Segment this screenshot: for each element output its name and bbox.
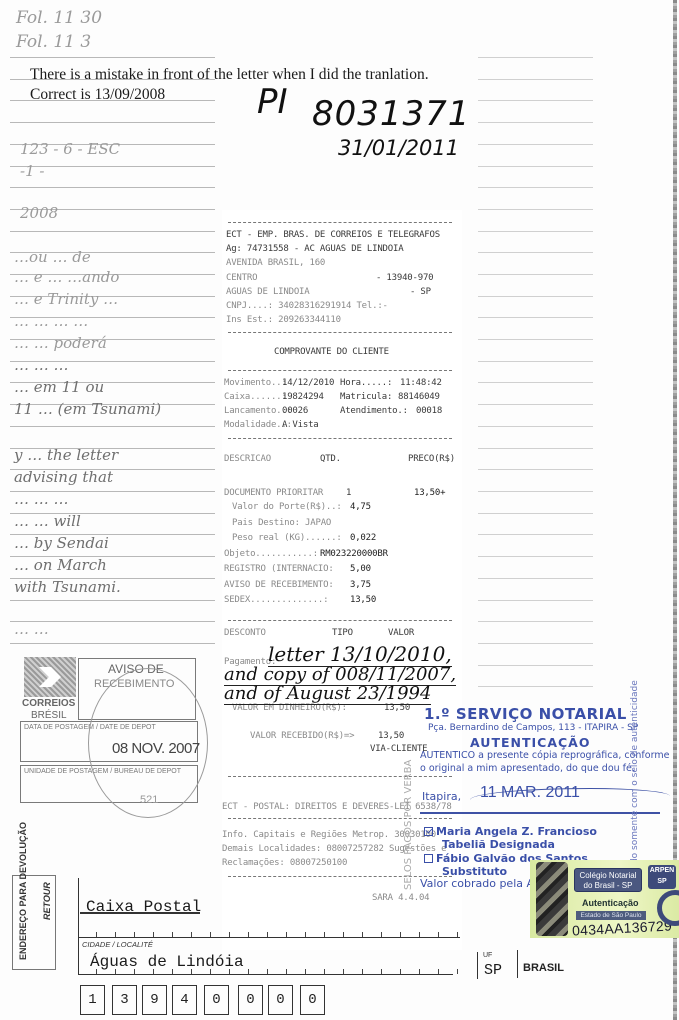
process-date: 31/01/2011 bbox=[338, 136, 459, 160]
ruled-line bbox=[10, 231, 215, 232]
ruler-tick bbox=[324, 969, 325, 974]
ruled-line bbox=[478, 448, 593, 449]
ruled-line bbox=[478, 122, 593, 123]
city-top-line bbox=[78, 937, 460, 938]
ruled-line bbox=[478, 209, 593, 210]
receipt-header-2: Ag: 74731558 - AC AGUAS DE LINDOIA bbox=[226, 244, 403, 254]
ruler-tick bbox=[134, 969, 135, 974]
matricula-value: 88146049 bbox=[398, 392, 440, 402]
uf-divider bbox=[517, 950, 518, 978]
recebido-value: 13,50 bbox=[378, 731, 404, 741]
handwriting-line: 11 … (em Tsunami) bbox=[14, 400, 161, 418]
matricula-label: Matricula: bbox=[340, 392, 392, 402]
ruler-tick bbox=[96, 969, 97, 974]
ruled-line bbox=[478, 231, 593, 232]
ruled-line bbox=[478, 643, 593, 644]
ruled-line bbox=[10, 57, 215, 58]
receipt-title: COMPROVANTE DO CLIENTE bbox=[274, 347, 389, 357]
ruler-tick bbox=[172, 969, 173, 974]
receipt-header-5: AGUAS DE LINDOIA bbox=[226, 287, 310, 297]
ruler-tick bbox=[362, 932, 363, 937]
footer-1: ECT - POSTAL: DIREITOS E DEVERES-LEI 653… bbox=[222, 802, 452, 812]
scanned-document: Fol. 11 30 Fol. 11 3 There is a mistake … bbox=[0, 0, 679, 1020]
handwriting-line: -1 - bbox=[20, 162, 44, 180]
ruler-tick bbox=[419, 969, 420, 974]
handwriting-line: … … … bbox=[14, 356, 69, 374]
handwriting-line: …ou … de bbox=[14, 248, 91, 266]
ruled-line bbox=[10, 600, 215, 601]
ruled-line bbox=[478, 665, 593, 666]
postmark-circle bbox=[88, 668, 208, 818]
cep-digit-box: 0 bbox=[300, 985, 325, 1015]
movimento-value: 14/12/2010 bbox=[282, 378, 334, 388]
notary-signature bbox=[470, 788, 670, 808]
ruler-tick bbox=[191, 932, 192, 937]
address-left-border bbox=[78, 878, 79, 974]
ruler-tick bbox=[438, 969, 439, 974]
ruled-line bbox=[478, 252, 593, 253]
ruled-line bbox=[10, 122, 215, 123]
ruler-tick bbox=[229, 932, 230, 937]
ruler-tick bbox=[248, 969, 249, 974]
signer2-checkbox[interactable] bbox=[424, 854, 433, 863]
col-qty: QTD. bbox=[320, 454, 341, 464]
receipt-header-3: AVENIDA BRASIL, 160 bbox=[226, 258, 325, 268]
ruler-tick bbox=[419, 932, 420, 937]
ruler-tick bbox=[457, 969, 458, 974]
ruler-tick bbox=[267, 932, 268, 937]
ruler-tick bbox=[343, 932, 344, 937]
ruler-tick bbox=[153, 932, 154, 937]
handwriting-line: with Tsunami. bbox=[14, 578, 121, 596]
cep-digit-box: 0 bbox=[238, 985, 263, 1015]
col-price: PRECO(R$) bbox=[408, 454, 455, 464]
ruled-line bbox=[478, 187, 593, 188]
ruled-line bbox=[478, 491, 593, 492]
ruler-tick bbox=[438, 932, 439, 937]
street-line bbox=[80, 912, 200, 914]
return-label: ENDEREÇO PARA DEVOLUÇÃO bbox=[18, 822, 28, 960]
handwriting-line: advising that bbox=[14, 468, 113, 486]
ruled-line bbox=[478, 100, 593, 101]
ruler-tick bbox=[229, 969, 230, 974]
city-bottom-line bbox=[78, 974, 453, 975]
cep-digit-box: 4 bbox=[172, 985, 197, 1015]
uf-label: UF bbox=[483, 952, 492, 959]
correios-country: BRÉSIL bbox=[31, 710, 67, 721]
item-qty: 1 bbox=[346, 488, 351, 498]
handwriting-line: 123 - 6 - ESC bbox=[20, 140, 120, 158]
modalidade-value: A Vista bbox=[282, 420, 319, 430]
handwriting-top-1: Fol. 11 30 bbox=[16, 8, 102, 28]
detail-value: 5,00 bbox=[350, 564, 371, 574]
process-prefix: PI bbox=[257, 82, 288, 122]
ruler-tick bbox=[343, 969, 344, 974]
ruler-tick bbox=[457, 932, 458, 937]
receipt-header-7: Ins Est.: 209263344110 bbox=[226, 315, 341, 325]
receipt-cep: - 13940-970 bbox=[376, 273, 433, 283]
ruled-line bbox=[478, 426, 593, 427]
detail-label: Objeto...........: bbox=[224, 549, 318, 559]
col-valor: VALOR bbox=[388, 628, 414, 638]
detail-label: Valor do Porte(R$)..: bbox=[232, 502, 342, 512]
ruled-line bbox=[478, 556, 593, 557]
notary-heading: AUTENTICAÇÃO bbox=[470, 735, 590, 750]
detail-value: 13,50 bbox=[350, 595, 376, 605]
ruler-tick bbox=[381, 969, 382, 974]
ruler-tick bbox=[286, 969, 287, 974]
item-name: DOCUMENTO PRIORITAR bbox=[224, 488, 323, 498]
handwriting-line: … e Trinity … bbox=[14, 290, 118, 308]
ruler-tick bbox=[362, 969, 363, 974]
detail-label: SEDEX..............: bbox=[224, 595, 328, 605]
ruled-line bbox=[478, 144, 593, 145]
cep-digit-box: 0 bbox=[268, 985, 293, 1015]
ruled-line bbox=[478, 382, 593, 383]
ruler-tick bbox=[96, 932, 97, 937]
movimento-label: Movimento..: bbox=[224, 378, 287, 388]
ruled-line bbox=[478, 534, 593, 535]
handwriting-line: … on March bbox=[14, 556, 107, 574]
col-description: DESCRICAO bbox=[224, 454, 271, 464]
receipt-state: - SP bbox=[410, 287, 431, 297]
ruler-tick bbox=[381, 932, 382, 937]
ruler-tick bbox=[134, 932, 135, 937]
col-desconto: DESCONTO bbox=[224, 628, 266, 638]
detail-label: AVISO DE RECEBIMENTO: bbox=[224, 580, 334, 590]
cep-digit-box: 9 bbox=[142, 985, 167, 1015]
ruled-line bbox=[478, 57, 593, 58]
ruler-tick bbox=[400, 969, 401, 974]
handwriting-line: … … bbox=[14, 620, 49, 638]
selos-pagos: SELOS PAGOS POR VERBA bbox=[403, 760, 414, 890]
ruled-line bbox=[10, 187, 215, 188]
hora-label: Hora.....: bbox=[340, 378, 392, 388]
city-label: CIDADE / LOCALITÉ bbox=[82, 940, 153, 949]
ruler-tick bbox=[324, 932, 325, 937]
address-city: Águas de Lindóia bbox=[90, 953, 244, 971]
receipt-version: SARA 4.4.04 bbox=[372, 893, 429, 903]
annotation-line2: and copy of 008/11/2007, bbox=[224, 664, 456, 685]
ruled-line bbox=[478, 339, 593, 340]
handwriting-line: … … will bbox=[14, 512, 81, 530]
ruled-line bbox=[478, 469, 593, 470]
hora-value: 11:48:42 bbox=[400, 378, 442, 388]
notary-side-text: Válido somente com o selo de autenticida… bbox=[630, 680, 640, 880]
ruler-tick bbox=[286, 932, 287, 937]
handwriting-line: … … … … bbox=[14, 312, 88, 330]
ruler-tick bbox=[305, 969, 306, 974]
ruler-tick bbox=[210, 932, 211, 937]
handwriting-line: y … the letter bbox=[14, 446, 118, 464]
arpen-logo: ARPEN SP bbox=[648, 865, 676, 889]
ruled-line bbox=[478, 621, 593, 622]
atendimento-label: Atendimento.: bbox=[340, 406, 408, 416]
ruled-line bbox=[478, 317, 593, 318]
receipt-header-6: CNPJ....: 34028316291914 Tel.:- bbox=[226, 301, 388, 311]
receipt-header-1: ECT - EMP. BRAS. DE CORREIOS E TELEGRAFO… bbox=[226, 230, 440, 240]
ruler-tick bbox=[248, 932, 249, 937]
ruled-line bbox=[478, 79, 593, 80]
postal-receipt: ECT - EMP. BRAS. DE CORREIOS E TELEGRAFO… bbox=[222, 210, 462, 950]
cep-digit-box: 0 bbox=[204, 985, 229, 1015]
annotation-line3: and of August 23/1994 bbox=[224, 683, 431, 704]
hologram-icon bbox=[536, 862, 568, 936]
handwriting-line: … em 11 ou bbox=[14, 378, 104, 396]
seal-code: 0434AA136729 bbox=[572, 917, 673, 938]
ruler-tick bbox=[191, 969, 192, 974]
ruler-tick bbox=[153, 969, 154, 974]
ruler-tick bbox=[172, 932, 173, 937]
authentication-seal: Colégio Notarial do Brasil - SP ARPEN SP… bbox=[530, 860, 679, 938]
ruled-line bbox=[478, 578, 593, 579]
cep-digit-box: 3 bbox=[112, 985, 137, 1015]
signer1: Maria Angela Z. Francioso bbox=[424, 825, 597, 838]
notary-city: Itapira, bbox=[422, 790, 461, 803]
annotation-line1: letter 13/10/2010, bbox=[268, 642, 452, 666]
detail-value: 3,75 bbox=[350, 580, 371, 590]
ruled-line bbox=[478, 166, 593, 167]
ruled-line bbox=[478, 600, 593, 601]
ruler-tick bbox=[115, 969, 116, 974]
caixa-value: 19824294 bbox=[282, 392, 324, 402]
detail-value: 4,75 bbox=[350, 502, 371, 512]
ruler-tick bbox=[400, 932, 401, 937]
correios-brand: CORREIOS bbox=[22, 698, 75, 709]
notary-title: 1.º SERVIÇO NOTARIAL bbox=[424, 705, 627, 723]
item-price: 13,50+ bbox=[414, 488, 445, 498]
detail-value: RM023220000BR bbox=[320, 549, 388, 559]
translator-note-line2: Correct is 13/09/2008 bbox=[30, 86, 165, 104]
ruled-line bbox=[478, 404, 593, 405]
ruled-line bbox=[478, 274, 593, 275]
ruler-tick bbox=[267, 969, 268, 974]
ruler-tick bbox=[305, 932, 306, 937]
handwriting-line: … … … bbox=[14, 490, 69, 508]
footer-4: Reclamações: 08007250100 bbox=[222, 858, 347, 868]
detail-label: Pais Destino: JAPAO bbox=[232, 518, 331, 528]
ruled-line bbox=[478, 513, 593, 514]
signer1-checkbox[interactable] bbox=[424, 827, 433, 836]
handwriting-top-2: Fol. 11 3 bbox=[16, 32, 91, 52]
ruler-tick bbox=[210, 969, 211, 974]
recebido-label: VALOR RECEBIDO(R$)=> bbox=[250, 731, 354, 741]
ruled-line bbox=[478, 296, 593, 297]
uf-value: SP bbox=[484, 962, 502, 979]
detail-value: 0,022 bbox=[350, 533, 376, 543]
handwriting-line: … e … …ando bbox=[14, 268, 119, 286]
retour-label: RETOUR bbox=[42, 882, 52, 920]
ruled-line bbox=[10, 643, 215, 644]
notary-statement2: o original a mim apresentado, do que dou… bbox=[420, 763, 635, 774]
via-cliente: VIA-CLIENTE bbox=[370, 744, 427, 754]
col-tipo: TIPO bbox=[332, 628, 353, 638]
lancamento-value: 00026 bbox=[282, 406, 308, 416]
ruled-line bbox=[10, 426, 215, 427]
cep-digit-box: 1 bbox=[80, 985, 105, 1015]
correios-logo-icon bbox=[24, 657, 76, 697]
seal-badge: Colégio Notarial do Brasil - SP bbox=[574, 868, 642, 892]
receipt-header-4: CENTRO bbox=[226, 273, 257, 283]
caixa-label: Caixa......: bbox=[224, 392, 287, 402]
ruler-tick bbox=[115, 932, 116, 937]
ruled-line bbox=[478, 686, 593, 687]
translator-note-line1: There is a mistake in front of the lette… bbox=[30, 66, 429, 84]
process-number: 8031371 bbox=[312, 94, 470, 134]
atendimento-value: 00018 bbox=[416, 406, 442, 416]
notary-address: Pça. Bernardino de Campos, 113 - ITAPIRA… bbox=[428, 723, 638, 733]
handwriting-line: 2008 bbox=[20, 204, 58, 222]
handwriting-line: … … poderá bbox=[14, 334, 107, 352]
seal-label: Autenticação bbox=[582, 898, 639, 908]
country-label: BRASIL bbox=[523, 962, 564, 974]
ruled-line bbox=[478, 361, 593, 362]
handwriting-line: … by Sendai bbox=[14, 534, 109, 552]
detail-label: REGISTRO (INTERNACIO: bbox=[224, 564, 334, 574]
notary-line bbox=[420, 812, 660, 814]
detail-label: Peso real (KG)......: bbox=[232, 533, 342, 543]
signer1-role: Tabeliã Designada bbox=[442, 838, 555, 851]
